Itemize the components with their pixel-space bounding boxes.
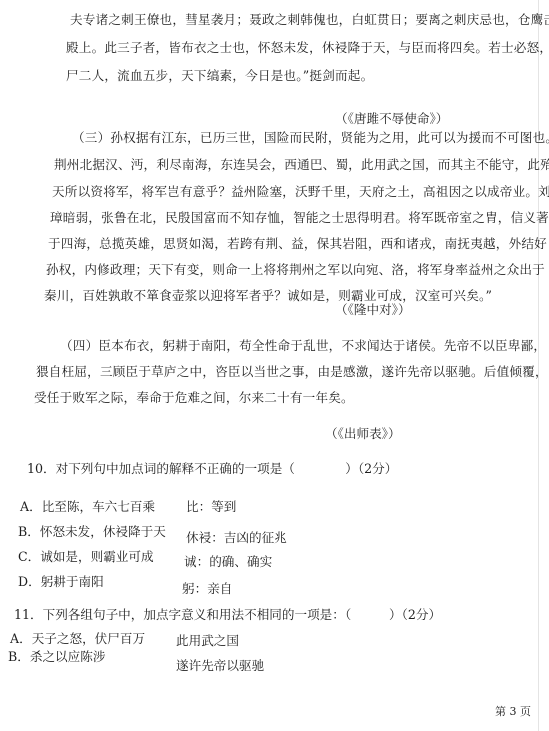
passage2-line: 尸二人，流血五步，天下缟素，今日是也。”挺剑而起。 — [66, 68, 373, 84]
passage3-line: 荆州北据汉、沔，利尽南海，东连吴会，西通巴、蜀，此用武之国，而其主不能守，此殆 — [54, 157, 549, 173]
q11-option-a: A．天子之怒，伏尸百万 — [10, 628, 145, 647]
q10-option-a: A．比至陈，车六七百乘 — [20, 496, 155, 515]
passage3-line: 孙权，内修政理；天下有变，则命一上将将荆州之军以向宛、洛，将军身率益州之众出于 — [46, 262, 545, 278]
q10-option-b: B．怀怒未发，休祲降于天 — [18, 521, 166, 540]
q10-stem: 10．对下列句中加点词的解释不正确的一项是（ ）（2分） — [27, 458, 397, 477]
passage4-line: （四）臣本布衣，躬耕于南阳，苟全性命于乱世，不求闻达于诸侯。先帝不以臣卑鄙， — [60, 338, 546, 354]
q10-option-d: D．躬耕于南阳 — [18, 571, 104, 590]
page-number: 第 3 页 — [495, 703, 531, 719]
passage3-line: （三）孙权据有江东，已历三世，国险而民附，贤能为之用，此可以为援而不可图也。 — [72, 130, 549, 146]
q11-option-b: B．杀之以应陈涉 — [8, 646, 105, 665]
q11-explain-b: 遂许先帝以驱驰 — [176, 655, 264, 674]
q10-option-c: C．诚如是，则霸业可成 — [18, 546, 154, 565]
q10-explain-d: 躬：亲自 — [182, 578, 232, 597]
q11-stem: 11．下列各组句子中，加点字意义和用法不相同的一项是：（ ）（2分） — [14, 604, 441, 623]
passage3-line: 璋暗弱，张鲁在北，民殷国富而不知存恤，智能之士思得明君。将军既帝室之胄，信义著 — [50, 210, 549, 226]
passage4-source: （《出师表》） — [325, 423, 401, 442]
passage4-line: 猥自枉屈，三顾臣于草庐之中，咨臣以当世之事，由是感激，遂许先帝以驱驰。后值倾覆， — [36, 364, 548, 380]
q10-explain-b: 休祲：吉凶的征兆 — [186, 527, 287, 546]
passage2-line: 夫专诸之刺王僚也，彗星袭月；聂政之刺韩傀也，白虹贯日；要离之刺庆忌也，仓鹰击于 — [70, 12, 549, 28]
passage2-source: （《唐雎不辱使命》） — [335, 108, 448, 127]
passage3-line: 于四海，总揽英雄，思贤如渴，若跨有荆、益，保其岩阻，西和诸戎，南抚夷越，外结好 — [48, 236, 547, 252]
q11-explain-a: 此用武之国 — [176, 630, 239, 649]
passage2-line: 殿上。此三子者，皆布衣之士也，怀怒未发，休祲降于天，与臣而将四矣。若士必怒，伏 — [66, 40, 549, 56]
passage4-line: 受任于败军之际，奉命于危难之间，尔来二十有一年矣。 — [34, 390, 354, 406]
q10-explain-c: 诚：的确、确实 — [184, 551, 272, 570]
passage3-line: 天所以资将军，将军岂有意乎？益州险塞，沃野千里，天府之土，高祖因之以成帝业。刘 — [52, 184, 549, 200]
passage3-line: 秦川，百姓孰敢不箪食壶浆以迎将军者乎？诚如是，则霸业可成，汉室可兴矣。” — [44, 288, 492, 304]
passage3-source: （《隆中对》） — [335, 299, 411, 318]
q10-explain-a: 比：等到 — [186, 496, 236, 515]
